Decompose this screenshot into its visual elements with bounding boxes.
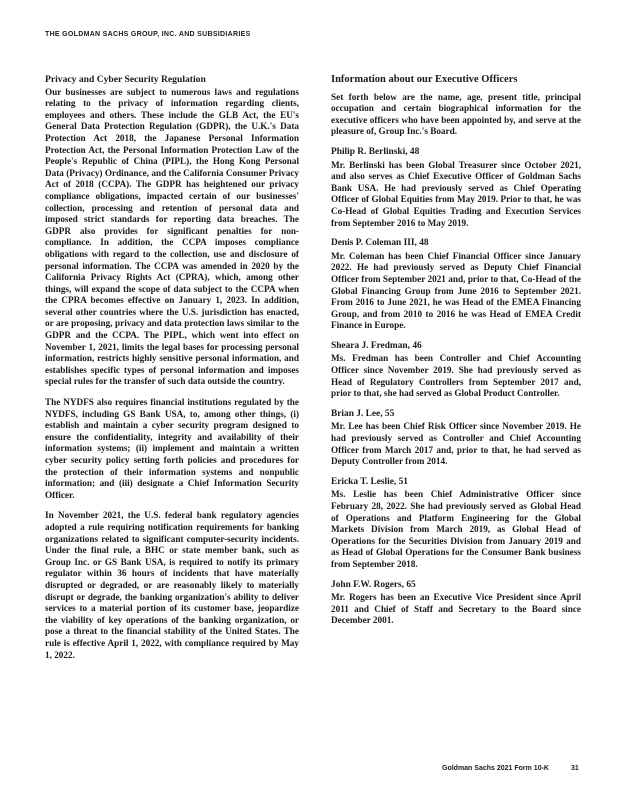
document-page: The Goldman Sachs Group, Inc. and Subsid… [0, 0, 618, 800]
paragraph: In November 2021, the U.S. federal bank … [45, 510, 299, 661]
executive-name: Brian J. Lee, 55 [331, 409, 581, 421]
paragraph: Our businesses are subject to numerous l… [45, 87, 299, 388]
executive-entry: Philip R. Berlinski, 48 Mr. Berlinski ha… [331, 147, 581, 229]
executive-entry: Sheara J. Fredman, 46 Ms. Fredman has be… [331, 341, 581, 400]
executive-bio: Mr. Lee has been Chief Risk Officer sinc… [331, 421, 581, 467]
executive-name: John F.W. Rogers, 65 [331, 580, 581, 592]
paragraph: The NYDFS also requires financial instit… [45, 397, 299, 501]
executive-name: Denis P. Coleman III, 48 [331, 238, 581, 250]
page-footer: Goldman Sachs 2021 Form 10-K 31 [442, 765, 579, 772]
intro-paragraph: Set forth below are the name, age, prese… [331, 92, 581, 138]
running-header: The Goldman Sachs Group, Inc. and Subsid… [45, 31, 251, 38]
executive-bio: Mr. Coleman has been Chief Financial Off… [331, 251, 581, 332]
executive-bio: Ms. Fredman has been Controller and Chie… [331, 353, 581, 399]
executive-entry: John F.W. Rogers, 65 Mr. Rogers has been… [331, 580, 581, 627]
executive-bio: Ms. Leslie has been Chief Administrative… [331, 489, 581, 570]
section-title-executives: Information about our Executive Officers [331, 74, 581, 86]
right-column: Information about our Executive Officers… [331, 74, 581, 636]
footer-publication: Goldman Sachs 2021 Form 10-K [442, 765, 549, 772]
executive-entry: Brian J. Lee, 55 Mr. Lee has been Chief … [331, 409, 581, 468]
executive-bio: Mr. Berlinski has been Global Treasurer … [331, 160, 581, 230]
executive-bio: Mr. Rogers has been an Executive Vice Pr… [331, 592, 581, 627]
executive-entry: Denis P. Coleman III, 48 Mr. Coleman has… [331, 238, 581, 332]
left-column: Privacy and Cyber Security Regulation Ou… [45, 74, 299, 670]
executive-entry: Ericka T. Leslie, 51 Ms. Leslie has been… [331, 477, 581, 571]
executive-name: Sheara J. Fredman, 46 [331, 341, 581, 353]
section-title-privacy: Privacy and Cyber Security Regulation [45, 74, 299, 86]
executive-name: Ericka T. Leslie, 51 [331, 477, 581, 489]
page-number: 31 [571, 765, 579, 772]
executive-name: Philip R. Berlinski, 48 [331, 147, 581, 159]
